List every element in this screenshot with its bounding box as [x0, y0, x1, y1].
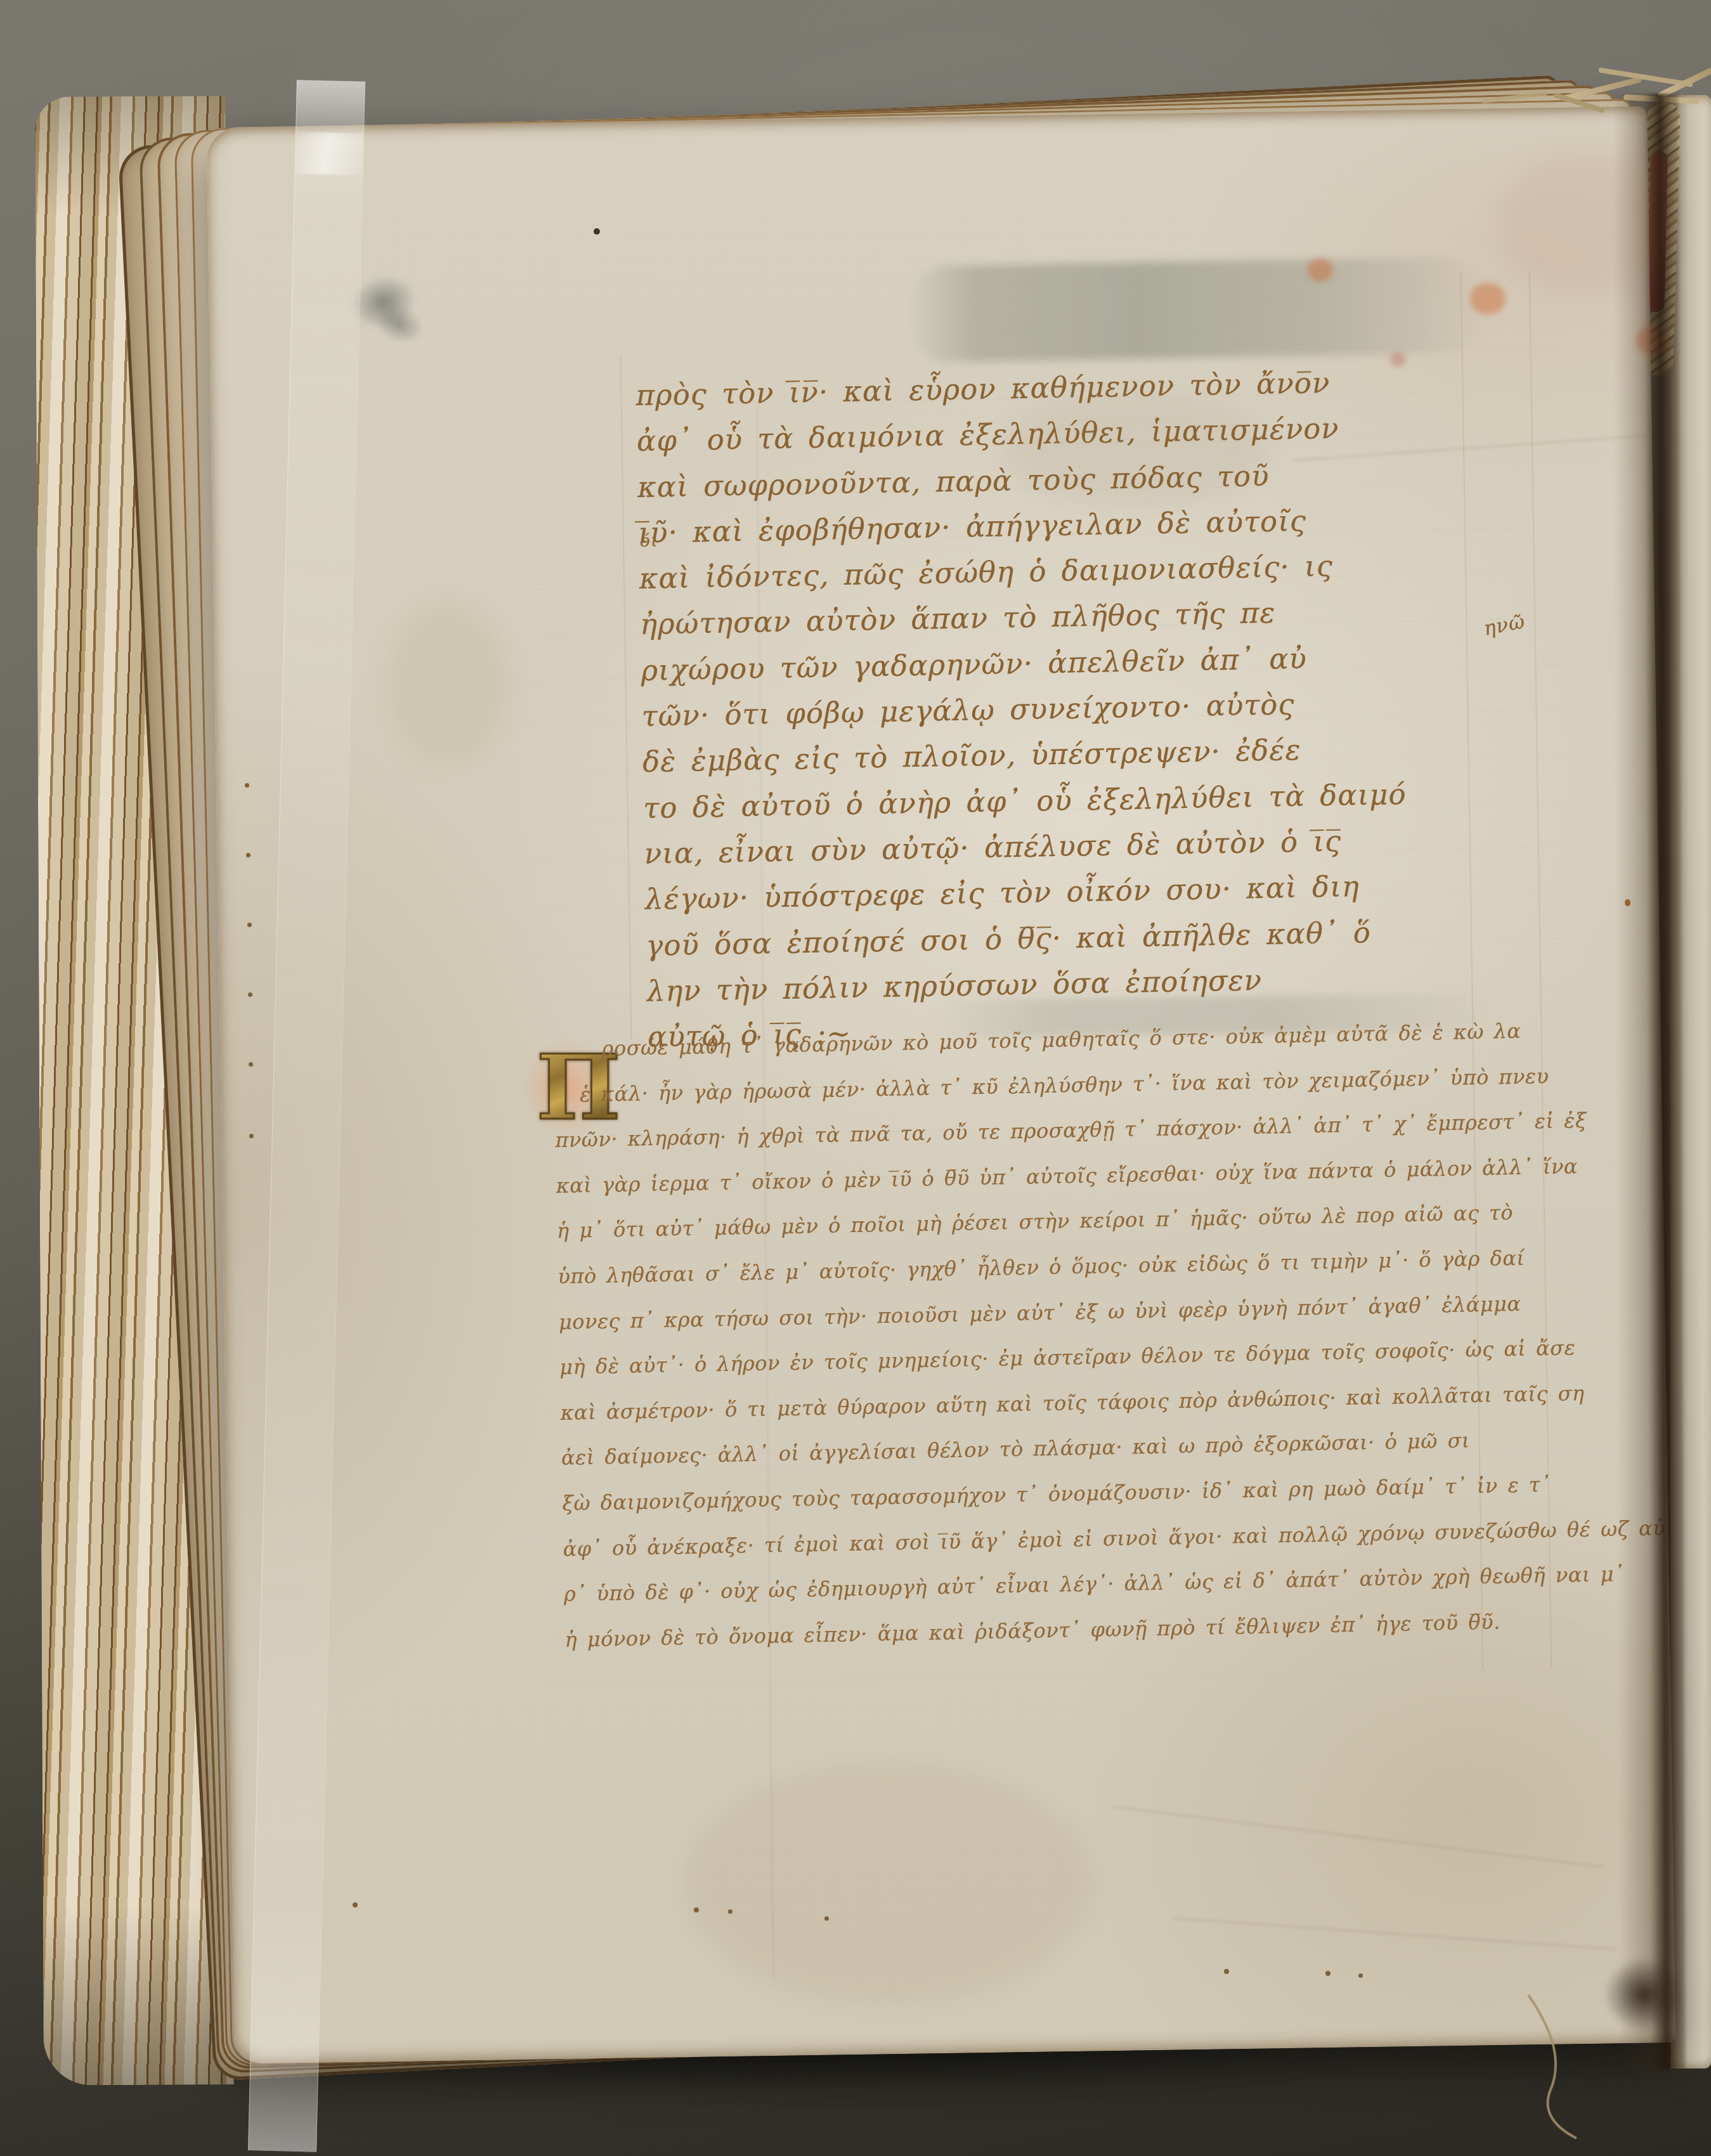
- wormhole: [594, 228, 600, 235]
- wormhole: [728, 1909, 732, 1914]
- erased-headline-smudge: [905, 256, 1490, 363]
- wormhole: [1358, 1973, 1363, 1978]
- sewing-hole: [248, 992, 252, 997]
- wormhole: [353, 1902, 358, 1907]
- sewing-hole: [249, 1134, 254, 1138]
- wormhole: [1224, 1969, 1229, 1974]
- tape-sheen: [296, 132, 364, 175]
- sewing-hole: [247, 923, 252, 927]
- rust-spot: [1470, 283, 1506, 315]
- rust-spot: [1308, 259, 1333, 282]
- commentary-text-block: ροσώε μάθη τ᾽ γαδαρηνῶν κὸ μοῦ τοῖς μαθη…: [553, 1006, 1656, 1663]
- hanging-thread: [1484, 1991, 1611, 2150]
- stain: [685, 1763, 1091, 2004]
- gutter-shadow: [1613, 94, 1686, 2070]
- interlinear-correction: ὅι: [640, 532, 658, 550]
- manuscript-photo: Π πρὸς τὸν ι̅ν̅· καὶ εὗρον καθήμενον τὸν…: [0, 0, 1711, 2156]
- sewing-hole: [246, 853, 250, 857]
- sewing-hole: [249, 1062, 253, 1067]
- gospel-text-block: πρὸς τὸν ι̅ν̅· καὶ εὗρον καθήμενον τὸν ἄ…: [635, 356, 1549, 1060]
- sewing-hole: [245, 783, 249, 788]
- wormhole: [824, 1916, 829, 1921]
- wormhole: [694, 1907, 699, 1912]
- stain: [387, 602, 507, 767]
- wormhole: [1325, 1971, 1330, 1976]
